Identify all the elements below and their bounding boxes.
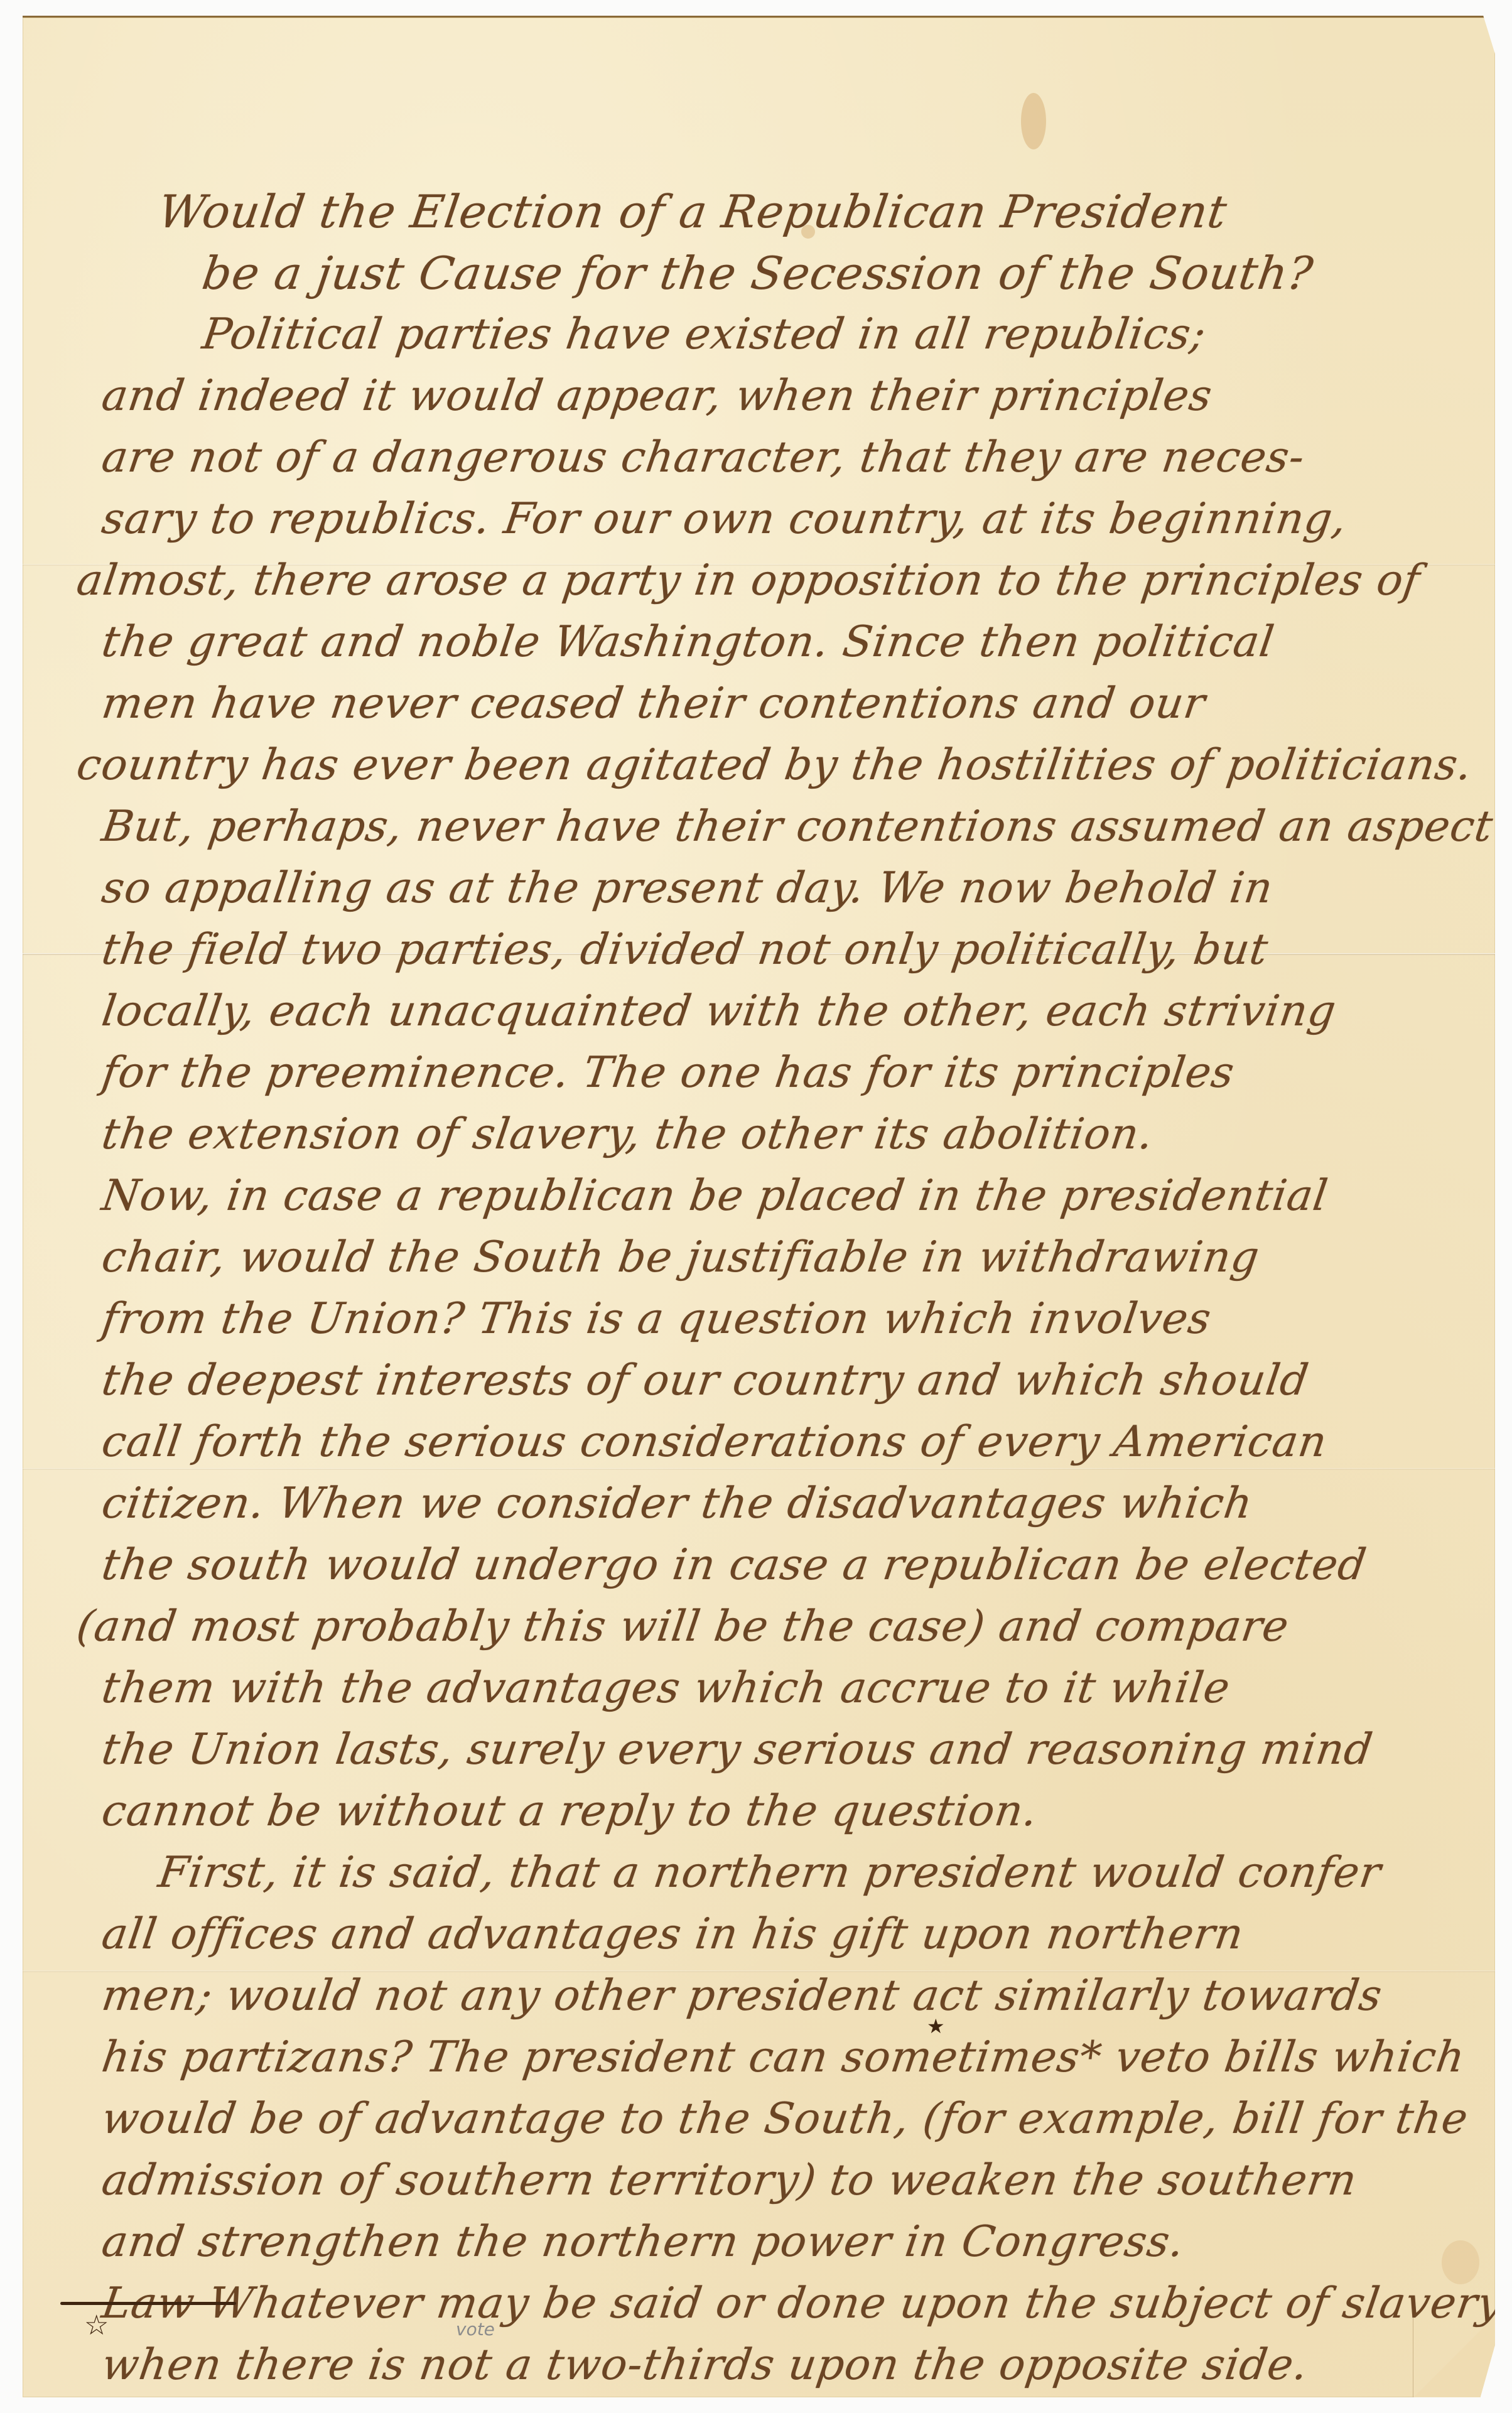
essay-line: But, perhaps, never have their contentio… [98,796,1476,858]
essay-line-struck: Law Whatever may be said or done upon th… [98,2273,1476,2335]
ink-strike-underline [60,2302,236,2305]
essay-line: locally, each unacquainted with the othe… [98,981,1476,1042]
essay-line: Now, in case a republican be placed in t… [98,1165,1476,1227]
essay-line: the extension of slavery, the other its … [98,1104,1476,1165]
essay-line: (and most probably this will be the case… [73,1596,1476,1658]
essay-line: the field two parties, divided not only … [98,919,1476,981]
star-icon: ★ [927,2014,945,2038]
essay-line: and indeed it would appear, when their p… [98,365,1476,427]
manuscript-page: Would the Election of a Republican Presi… [23,16,1495,2397]
essay-line: men; would not any other president act s… [98,1965,1476,2027]
essay-line: his partizans? The president can sometim… [98,2027,1476,2088]
essay-line: Political parties have existed in all re… [98,304,1476,365]
pencil-insertion-note: vote [456,2319,495,2340]
essay-line: call forth the serious considerations of… [98,1412,1476,1473]
essay-line: cannot be without a reply to the questio… [98,1781,1476,1842]
essay-line: would be of advantage to the South, (for… [98,2088,1476,2150]
essay-title-line-2: be a just Cause for the Secession of the… [98,242,1476,304]
star-icon: ☆ [84,2309,109,2341]
essay-line: are not of a dangerous character, that t… [98,427,1476,489]
essay-line: from the Union? This is a question which… [98,1288,1476,1350]
essay-line: so appalling as at the present day. We n… [98,858,1476,919]
essay-line: the south would undergo in case a republ… [98,1535,1476,1596]
essay-line: citizen. When we consider the disadvanta… [98,1473,1476,1535]
essay-line: for the preeminence. The one has for its… [98,1042,1476,1104]
essay-line: men have never ceased their contentions … [98,673,1476,735]
essay-line: and strengthen the northern power in Con… [98,2211,1476,2273]
essay-line: admission of southern territory) to weak… [98,2150,1476,2211]
essay-title-line-1: Would the Election of a Republican Presi… [98,181,1476,242]
essay-line: the Union lasts, surely every serious an… [98,1719,1476,1781]
essay-line: country has ever been agitated by the ho… [73,735,1476,796]
foxing-stain [1021,93,1046,149]
essay-line: First, it is said, that a northern presi… [98,1842,1476,1904]
essay-line: chair, would the South be justifiable in… [98,1227,1476,1288]
essay-line-footnote: when there is not a two-thirds upon the … [98,2335,1476,2396]
essay-line: the great and noble Washington. Since th… [98,612,1476,673]
essay-body: Would the Election of a Republican Presi… [98,181,1467,2396]
essay-line: almost, there arose a party in oppositio… [73,550,1476,612]
essay-line: them with the advantages which accrue to… [98,1658,1476,1719]
essay-line: sary to republics. For our own country, … [98,489,1476,550]
essay-line: the deepest interests of our country and… [98,1350,1476,1412]
essay-line: all offices and advantages in his gift u… [98,1904,1476,1965]
